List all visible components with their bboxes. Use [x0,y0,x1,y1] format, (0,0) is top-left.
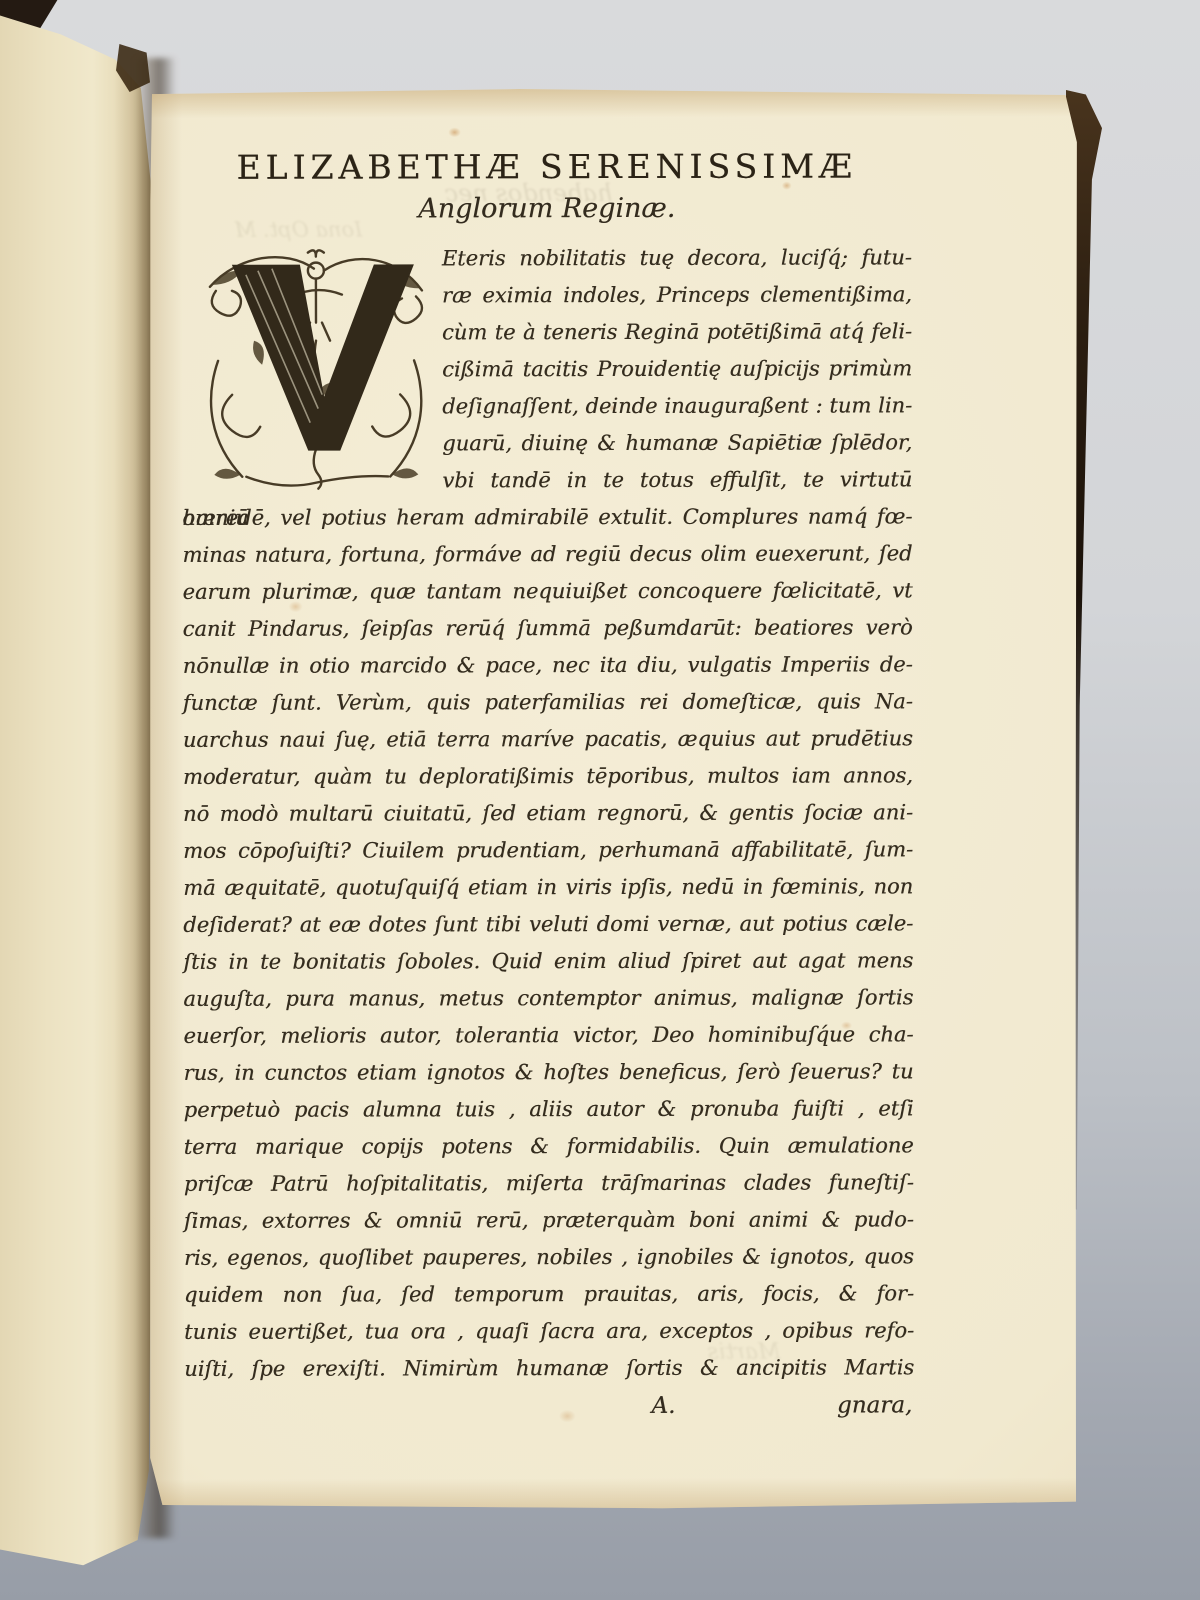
body-line: deſiderat? at eæ dotes ſunt tibi veluti … [183,905,913,944]
body-line: moderatur, quàm tu deploratißimis tēpori… [183,757,913,796]
body-line: hæredē, vel potius heram admirabilē extu… [182,498,912,537]
body-line: priſcæ Patrū hoſpitalitatis, miſerta trā… [184,1164,914,1203]
body-paragraph: V [182,239,914,1426]
body-line: quidem non ſua, ſed temporum prauitas, a… [184,1275,914,1314]
page-subtitle: Anglorum Reginæ. [182,191,912,227]
body-line: nō modò multarū ciuitatū, ſed etiam regn… [183,794,913,833]
catchword: gnara, [837,1386,912,1424]
body-line: uiſti, ſpe erexiſti. Nimirùm humanæ ſort… [184,1349,914,1388]
body-line: auguſta, pura manus, metus contemptor an… [183,979,913,1018]
body-line: mos cōpoſuiſti? Ciuilem prudentiam, perh… [183,831,913,870]
body-line: perpetuò pacis alumna tuis , aliis autor… [184,1090,914,1129]
woodcut-initial-v: V [202,244,431,490]
body-line: earum plurimæ, quæ tantam nequiuißet con… [183,572,913,611]
body-line: nōnullæ in otio marcido & pace, nec ita … [183,646,913,685]
body-line: ſtis in te bonitatis ſoboles. Quid enim … [183,942,913,981]
signature-row: A. gnara, [184,1386,914,1426]
body-line: minas natura, fortuna, formáve ad regiū … [182,535,912,574]
body-line: ris, egenos, quoſlibet pauperes, nobiles… [184,1238,914,1277]
body-line: functæ ſunt. Verùm, quis paterfamilias r… [183,683,913,722]
body-line: tunis euertißet, tua ora , quaſi ſacra a… [184,1312,914,1351]
body-line: uarchus naui ſuę, etiā terra maríve paca… [183,720,913,759]
printed-text-block: ELIZABETHÆ SERENISSIMÆ Anglorum Reginæ. … [182,143,915,1426]
body-line: ſimas, extorres & omniū rerū, præterquàm… [184,1201,914,1240]
body-line: euerſor, melioris autor, tolerantia vict… [183,1016,913,1055]
body-line: canit Pindarus, ſeipſas rerūq́ ſummā peß… [183,609,913,648]
body-line: mā æquitatē, quotuſquiſq́ etiam in viris… [183,868,913,907]
recto-page: habendos nec Iona Opt. M Martis ELIZABET… [145,85,1084,1515]
signature-mark: A. [651,1387,675,1425]
body-line: terra marique copijs potens & formidabil… [184,1127,914,1166]
book-photo: habendos nec Iona Opt. M Martis ELIZABET… [0,0,1200,1600]
woodcut-initial-v-icon [202,244,431,490]
body-line: rus, in cunctos etiam ignotos & hoſtes b… [184,1053,914,1092]
page-title: ELIZABETHÆ SERENISSIMÆ [182,143,912,191]
